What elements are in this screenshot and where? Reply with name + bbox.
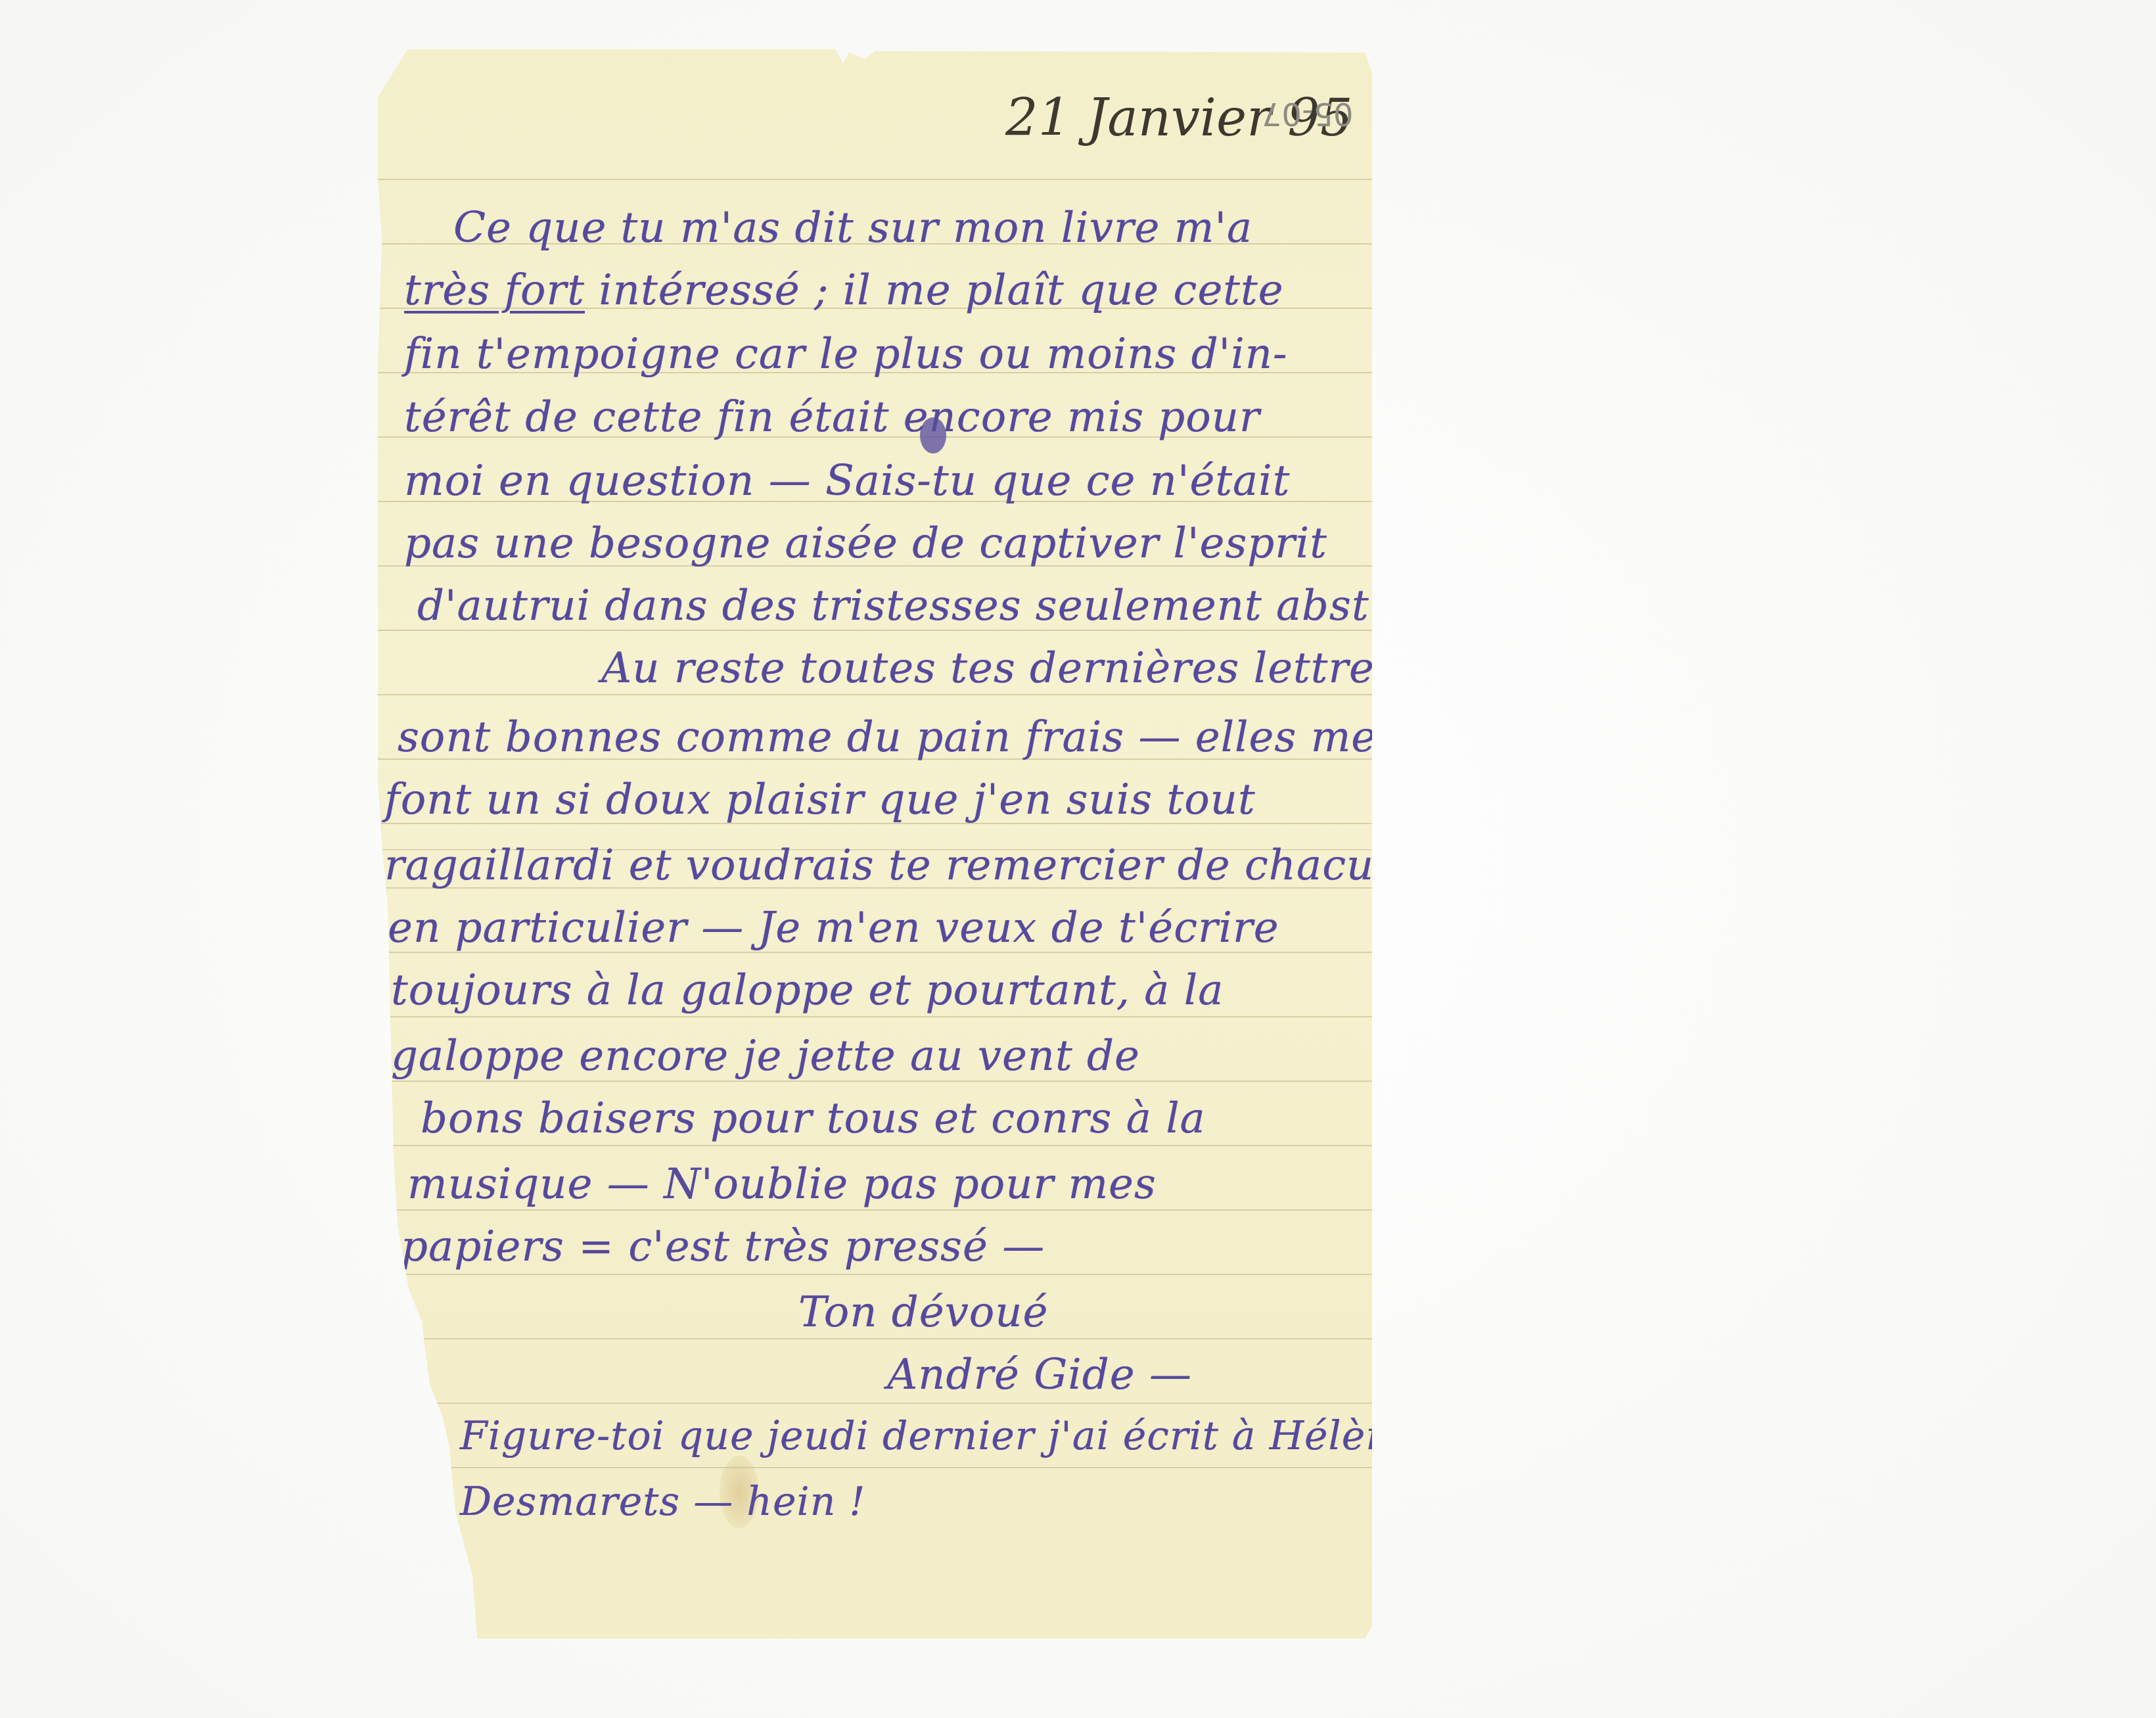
postscript-line: Desmarets — hein ! — [460, 1482, 865, 1521]
body-line: Ce que tu m'as dit sur mon livre m'a — [453, 207, 1252, 249]
body-line: font un si doux plaisir que j'en suis to… — [384, 779, 1256, 821]
ruled-line — [378, 694, 1372, 695]
body-line: fin t'empoigne car le plus ou moins d'in… — [404, 333, 1288, 375]
body-line: moi en question — Sais-tu que ce n'était — [404, 460, 1290, 502]
body-line: térêt de cette fin était encore mis pour — [404, 396, 1260, 438]
body-line: pas une besogne aisée de captiver l'espr… — [404, 522, 1327, 565]
body-line-rest: intéressé ; il me plaît que cette — [585, 266, 1284, 315]
archive-number: 05-07 — [1262, 95, 1353, 132]
ruled-line — [378, 1274, 1372, 1275]
postscript-line: Figure-toi que jeudi dernier j'ai écrit … — [460, 1416, 1415, 1456]
body-line: d'autrui dans des tristesses seulement a… — [417, 585, 1509, 627]
letter-paper: 21 Janvier 95 05-07 Ce que tu m'as dit s… — [378, 49, 1372, 1638]
ruled-line — [378, 1145, 1372, 1146]
body-line: en particulier — Je m'en veux de t'écrir… — [388, 907, 1279, 949]
closing-text: Ton dévoué — [798, 1291, 1048, 1334]
body-line: ragaillardi et voudrais te remercier de … — [384, 845, 1427, 887]
ruled-line — [378, 1403, 1372, 1404]
body-line: très fort intéressé ; il me plaît que ce… — [404, 269, 1284, 312]
underlined-phrase: très fort — [404, 266, 585, 315]
signature: André Gide — — [887, 1354, 1192, 1396]
ruled-line — [378, 1467, 1372, 1468]
ruled-line — [378, 1016, 1372, 1017]
ruled-line — [378, 1338, 1372, 1339]
body-line: papiers = c'est très pressé — — [401, 1226, 1045, 1268]
body-line: bons baisers pour tous et conrs à la — [421, 1098, 1206, 1140]
ruled-line — [378, 179, 1372, 180]
body-line: sont bonnes comme du pain frais — elles … — [398, 716, 1377, 758]
body-line: galoppe encore je jette au vent de — [391, 1035, 1140, 1077]
body-line: Au reste toutes tes dernières lettres — [601, 647, 1397, 689]
body-line: toujours à la galoppe et pourtant, à la — [391, 969, 1224, 1011]
body-line: musique — N'oublie pas pour mes — [407, 1163, 1157, 1205]
ruled-line — [378, 1080, 1372, 1082]
ruled-line — [378, 1209, 1372, 1211]
